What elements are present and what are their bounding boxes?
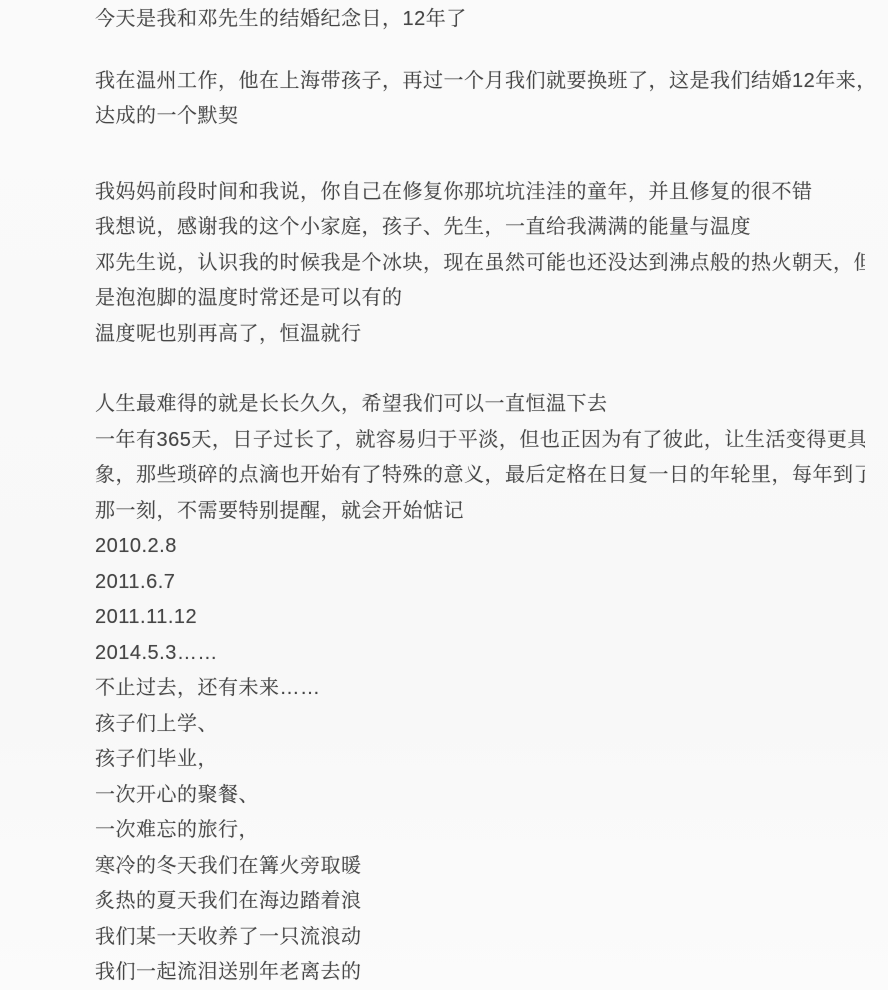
text-line: 我们某一天收养了一只流浪动 xyxy=(95,920,547,956)
date-line: 2014.5.3…… xyxy=(95,636,865,672)
text-line: 那一刻，不需要特别提醒，就会开始惦记 xyxy=(95,494,865,530)
text-line: 人生最难得的就是长长久久，希望我们可以一直恒温下去 xyxy=(95,387,865,423)
text-line: 象，那些琐碎的点滴也开始有了特殊的意义，最后定格在日复一日的年轮里，每年到了 xyxy=(95,458,865,494)
post-body: 今天是我和邓先生的结婚纪念日，12年了 我在温州工作，他在上海带孩子，再过一个月… xyxy=(95,0,865,990)
text-line: 达成的一个默契 xyxy=(95,99,865,135)
paragraph-memories-and-future: 人生最难得的就是长长久久，希望我们可以一直恒温下去 一年有365天，日子过长了，… xyxy=(95,387,865,990)
paragraph-anniversary: 今天是我和邓先生的结婚纪念日，12年了 xyxy=(95,2,865,38)
text-line: 温度呢也别再高了，恒温就行 xyxy=(95,317,865,353)
text-line: 不止过去，还有未来…… xyxy=(95,671,865,707)
text-line: 我们一起流泪送别年老离去的 xyxy=(95,955,547,990)
text-line: 寒冷的冬天我们在篝火旁取暖 xyxy=(95,849,865,885)
text-line: 我在温州工作，他在上海带孩子，再过一个月我们就要换班了，这是我们结婚12年来， xyxy=(95,64,865,100)
paragraph-work-arrangement: 我在温州工作，他在上海带孩子，再过一个月我们就要换班了，这是我们结婚12年来， … xyxy=(95,64,865,135)
date-line: 2011.6.7 xyxy=(95,565,865,601)
text-line: 我想说，感谢我的这个小家庭，孩子、先生，一直给我满满的能量与温度 xyxy=(95,210,865,246)
text-line: 今天是我和邓先生的结婚纪念日，12年了 xyxy=(95,2,865,38)
text-line: 一次开心的聚餐、 xyxy=(95,778,865,814)
text-line: 我妈妈前段时间和我说，你自己在修复你那坑坑洼洼的童年，并且修复的很不错 xyxy=(95,175,865,211)
text-line: 孩子们毕业， xyxy=(95,742,865,778)
date-line: 2011.11.12 xyxy=(95,600,865,636)
text-line: 孩子们上学、 xyxy=(95,707,865,743)
date-line: 2010.2.8 xyxy=(95,529,865,565)
paragraph-family-warmth: 我妈妈前段时间和我说，你自己在修复你那坑坑洼洼的童年，并且修复的很不错 我想说，… xyxy=(95,175,865,353)
text-line: 邓先生说，认识我的时候我是个冰块，现在虽然可能也还没达到沸点般的热火朝天，但 xyxy=(95,246,865,282)
text-line: 一年有365天，日子过长了，就容易归于平淡，但也正因为有了彼此，让生活变得更具 xyxy=(95,423,865,459)
text-line: 一次难忘的旅行， xyxy=(95,813,865,849)
text-line: 是泡泡脚的温度时常还是可以有的 xyxy=(95,281,865,317)
text-line: 炙热的夏天我们在海边踏着浪 xyxy=(95,884,865,920)
